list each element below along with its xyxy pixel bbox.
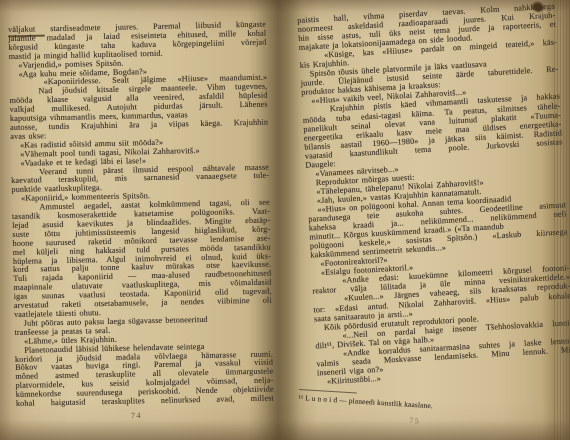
right-page-number: 75 — [409, 416, 547, 433]
right-page-footer: ¹¹ L u n o i d — planeedi kunstlik kaasl… — [297, 389, 548, 433]
book-fore-edge — [554, 0, 570, 440]
pen-underline-mark — [8, 34, 45, 37]
left-page-text: väljakut stardiseadmete juures. Paremal … — [8, 21, 274, 409]
open-book-photo: väljakut stardiseadmete juures. Paremal … — [0, 0, 570, 440]
right-page-text: paistis hall, vihma piserdav taevas. Kol… — [297, 2, 570, 387]
left-page-number: 74 — [131, 411, 142, 420]
footnote-text: ¹¹ L u n o i d — planeedi kunstlik kaasl… — [298, 393, 548, 417]
